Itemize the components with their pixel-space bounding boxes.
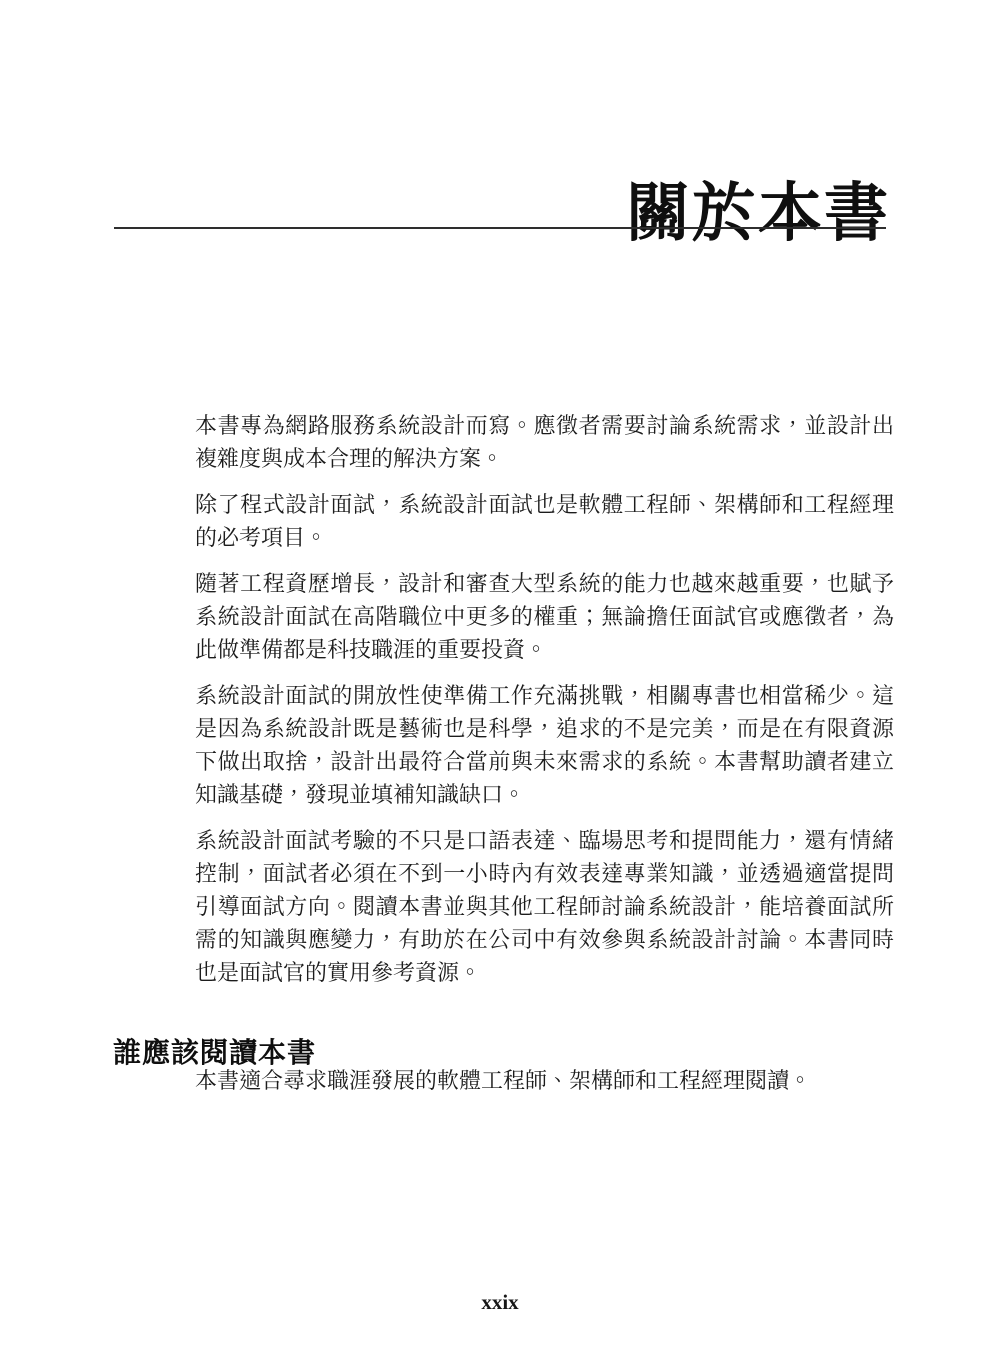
- intro-paragraphs: 本書專為網路服務系統設計而寫。應徵者需要討論系統需求，並設計出複雜度與成本合理的…: [195, 409, 894, 1002]
- book-page: 關於本書 本書專為網路服務系統設計而寫。應徵者需要討論系統需求，並設計出複雜度與…: [0, 0, 1000, 1353]
- section-body: 本書適合尋求職涯發展的軟體工程師、架構師和工程經理閱讀。: [195, 1064, 894, 1110]
- intro-paragraph: 隨著工程資歷增長，設計和審查大型系統的能力也越來越重要，也賦予系統設計面試在高階…: [195, 567, 894, 666]
- page-number: xxix: [0, 1290, 1000, 1315]
- section-paragraph: 本書適合尋求職涯發展的軟體工程師、架構師和工程經理閱讀。: [195, 1064, 894, 1097]
- intro-paragraph: 除了程式設計面試，系統設計面試也是軟體工程師、架構師和工程經理的必考項目。: [195, 488, 894, 554]
- intro-paragraph: 系統設計面試考驗的不只是口語表達、臨場思考和提問能力，還有情緒控制，面試者必須在…: [195, 824, 894, 989]
- page-title: 關於本書: [110, 176, 890, 253]
- intro-paragraph: 系統設計面試的開放性使準備工作充滿挑戰，相關專書也相當稀少。這是因為系統設計既是…: [195, 679, 894, 811]
- title-divider-rule: [114, 227, 886, 229]
- intro-paragraph: 本書專為網路服務系統設計而寫。應徵者需要討論系統需求，並設計出複雜度與成本合理的…: [195, 409, 894, 475]
